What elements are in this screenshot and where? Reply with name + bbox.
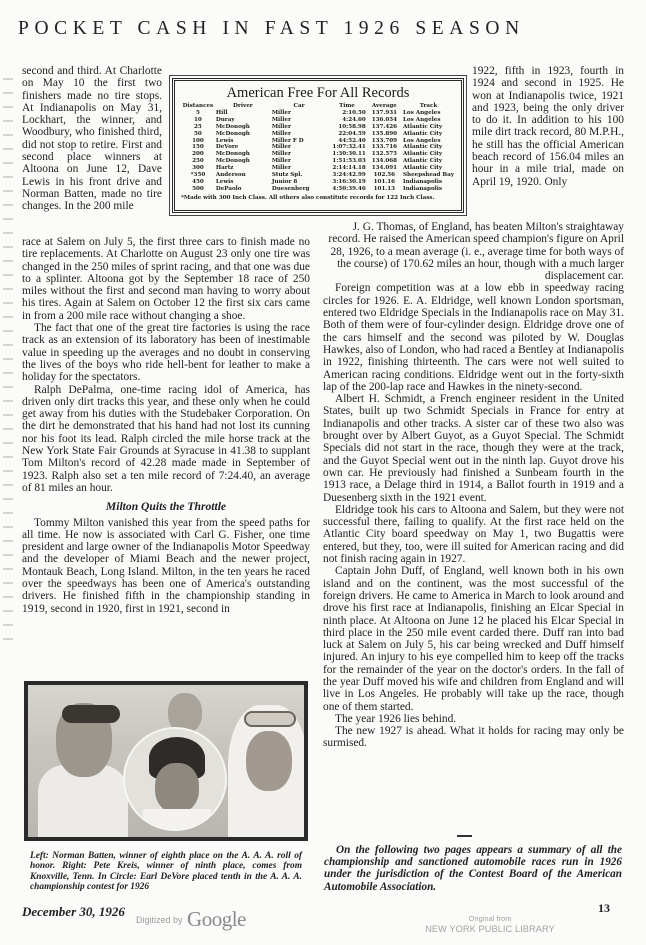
cell-car: Miller xyxy=(271,131,327,138)
cell-average: 132.575 xyxy=(367,151,402,158)
cell-car: Duesenberg xyxy=(271,186,327,193)
cell-driver: Hartz xyxy=(215,165,271,172)
cell-time: 1:07:32.41 xyxy=(327,144,367,151)
paragraph: race at Salem on July 5, the first three… xyxy=(22,236,310,322)
cell-time: 2:14:14.18 xyxy=(327,165,367,172)
header-average: Average xyxy=(367,103,402,110)
cell-distance: 250 xyxy=(181,158,215,165)
cell-track: Atlantic City xyxy=(402,165,455,172)
cell-car: Miller xyxy=(271,124,327,131)
paragraph: J. G. Thomas, of England, has beaten Mil… xyxy=(323,221,624,282)
cell-time: 3:16:30.19 xyxy=(327,179,367,186)
cell-car: Miller xyxy=(271,165,327,172)
cell-track: Indianapolis xyxy=(402,186,455,193)
table-row: 5HillMiller2:10.50137.931Los Angeles xyxy=(181,110,455,117)
google-logo-text: Google xyxy=(187,907,246,931)
page-number: 13 xyxy=(598,901,610,916)
goggles-icon xyxy=(62,705,120,723)
goggles-icon xyxy=(244,711,296,727)
cell-distance: 500 xyxy=(181,186,215,193)
table-row: 25McDonoghMiller10:58.98137.426Atlantic … xyxy=(181,124,455,131)
margin-bleed-marks xyxy=(3,72,13,652)
records-table-box: American Free For All Records Distances … xyxy=(172,78,464,213)
table-row: 200McDonoghMiller1:30:30.11132.575Atlant… xyxy=(181,151,455,158)
cell-time: 4:24.60 xyxy=(327,117,367,124)
paragraph: The fact that one of the great tire fact… xyxy=(22,322,310,383)
cell-time: 22:04.59 xyxy=(327,131,367,138)
cell-average: 135.890 xyxy=(367,131,402,138)
table-row: 100LewisMiller F D44:52.40133.709Los Ang… xyxy=(181,138,455,145)
cell-track: Atlantic City xyxy=(402,158,455,165)
cell-track: Atlantic City xyxy=(402,151,455,158)
note-text: On the following two pages appears a sum… xyxy=(324,844,622,893)
cell-time: 1:30:30.11 xyxy=(327,151,367,158)
section-subheading: Milton Quits the Throttle xyxy=(22,501,310,513)
cell-distance: 25 xyxy=(181,124,215,131)
original-source-watermark: Original from NEW YORK PUBLIC LIBRARY xyxy=(400,914,580,934)
cell-distance: 10 xyxy=(181,117,215,124)
cell-driver: Duray xyxy=(215,117,271,124)
cell-track: Los Angeles xyxy=(402,138,455,145)
cell-distance: 50 xyxy=(181,131,215,138)
header-car: Car xyxy=(271,103,327,110)
library-name: NEW YORK PUBLIC LIBRARY xyxy=(400,924,580,934)
drivers-photo xyxy=(24,681,308,841)
paragraph: The new 1927 is ahead. What it holds for… xyxy=(323,725,624,750)
right-driver-face xyxy=(246,731,292,791)
cell-average: 137.931 xyxy=(367,110,402,117)
cell-time: 4:50:39.46 xyxy=(327,186,367,193)
paragraph: Albert H. Schmidt, a French engineer res… xyxy=(323,393,624,504)
digitized-by-watermark: Digitized by Google xyxy=(136,907,246,932)
photo-caption: Left: Norman Batten, winner of eighth pl… xyxy=(30,851,302,893)
table-row: 300HartzMiller2:14:14.18134.091Atlantic … xyxy=(181,165,455,172)
cell-average: 102.56 xyxy=(367,172,402,179)
table-row: 250McDonoghMiller1:51:53.03134.068Atlant… xyxy=(181,158,455,165)
cell-track: Atlantic City xyxy=(402,144,455,151)
paragraph: 1922, fifth in 1923, fourth in 1924 and … xyxy=(472,65,624,188)
table-row: 50McDonoghMiller22:04.59135.890Atlantic … xyxy=(181,131,455,138)
cell-average: 133.716 xyxy=(367,144,402,151)
cell-average: 136.054 xyxy=(367,117,402,124)
cell-distance: 300 xyxy=(181,165,215,172)
cell-average: 101.16 xyxy=(367,179,402,186)
cell-track: Atlantic City xyxy=(402,124,455,131)
cell-car: Miller xyxy=(271,144,327,151)
header-track: Track xyxy=(402,103,455,110)
records-table-title: American Free For All Records xyxy=(181,85,455,102)
records-table-body: 5HillMiller2:10.50137.931Los Angeles 10D… xyxy=(181,110,455,193)
paragraph: Ralph DePalma, one-time racing idol of A… xyxy=(22,384,310,495)
table-row: 500DePaoloDuesenberg4:50:39.46101.13Indi… xyxy=(181,186,455,193)
cell-track: Los Angeles xyxy=(402,117,455,124)
digitized-label: Digitized by xyxy=(136,915,183,925)
cell-distance: 100 xyxy=(181,138,215,145)
records-table: Distances Driver Car Time Average Track … xyxy=(181,103,455,193)
records-footnote: *Made with 300 Inch Class. All others al… xyxy=(181,195,455,202)
cell-distance: 150 xyxy=(181,144,215,151)
cell-distance: 450 xyxy=(181,179,215,186)
issue-date: December 30, 1926 xyxy=(22,904,125,920)
paragraph: second and third. At Charlotte on May 10… xyxy=(22,65,162,213)
right-column-top: 1922, fifth in 1923, fourth in 1924 and … xyxy=(472,65,624,188)
cell-track: Atlantic City xyxy=(402,131,455,138)
inset-driver-face xyxy=(155,763,199,813)
cell-car: Miller xyxy=(271,151,327,158)
header-driver: Driver xyxy=(215,103,271,110)
right-column-main: J. G. Thomas, of England, has beaten Mil… xyxy=(323,221,624,750)
cell-track: Indianapolis xyxy=(402,179,455,186)
table-row: *350AndersonStutz Spl.3:24:42.99102.56Sh… xyxy=(181,172,455,179)
cell-time: 1:51:53.03 xyxy=(327,158,367,165)
table-row: 150DeVoreMiller1:07:32.41133.716Atlantic… xyxy=(181,144,455,151)
original-from-label: Original from xyxy=(400,914,580,924)
inset-driver-collar xyxy=(143,809,211,831)
cell-distance: *350 xyxy=(181,172,215,179)
photo-image xyxy=(28,685,304,837)
cell-average: 101.13 xyxy=(367,186,402,193)
cell-car: Stutz Spl. xyxy=(271,172,327,179)
cell-average: 134.091 xyxy=(367,165,402,172)
table-header-row: Distances Driver Car Time Average Track xyxy=(181,103,455,110)
inset-circle-portrait xyxy=(123,727,227,831)
cell-track: Sheepshead Bay xyxy=(402,172,455,179)
cell-driver: McDonogh xyxy=(215,158,271,165)
cell-time: 10:58.98 xyxy=(327,124,367,131)
table-row: 10DurayMiller4:24.60136.054Los Angeles xyxy=(181,117,455,124)
divider xyxy=(457,835,472,837)
cell-distance: 200 xyxy=(181,151,215,158)
header-time: Time xyxy=(327,103,367,110)
cell-driver: Lewis xyxy=(215,179,271,186)
cell-driver: Hill xyxy=(215,110,271,117)
cell-car: Miller xyxy=(271,158,327,165)
cell-time: 2:10.50 xyxy=(327,110,367,117)
cell-average: 134.068 xyxy=(367,158,402,165)
paragraph: Tommy Milton vanished this year from the… xyxy=(22,517,310,615)
cell-driver: McDonogh xyxy=(215,131,271,138)
cell-distance: 5 xyxy=(181,110,215,117)
paragraph: Eldridge took his cars to Altoona and Sa… xyxy=(323,504,624,565)
paragraph: Captain John Duff, of England, well know… xyxy=(323,565,624,713)
following-pages-note: On the following two pages appears a sum… xyxy=(324,844,622,893)
paragraph: Foreign competition was at a low ebb in … xyxy=(323,282,624,393)
left-column-top: second and third. At Charlotte on May 10… xyxy=(22,65,162,213)
paragraph: The year 1926 lies behind. xyxy=(323,713,624,725)
cell-average: 133.709 xyxy=(367,138,402,145)
table-row: 450LewisJunior 83:16:30.19101.16Indianap… xyxy=(181,179,455,186)
left-column-main: race at Salem on July 5, the first three… xyxy=(22,236,310,615)
cell-car: Junior 8 xyxy=(271,179,327,186)
cell-driver: DeVore xyxy=(215,144,271,151)
cell-car: Miller F D xyxy=(271,138,327,145)
cell-driver: Lewis xyxy=(215,138,271,145)
cell-driver: DePaolo xyxy=(215,186,271,193)
cell-driver: McDonogh xyxy=(215,124,271,131)
cell-driver: Anderson xyxy=(215,172,271,179)
cell-time: 3:24:42.99 xyxy=(327,172,367,179)
cell-average: 137.426 xyxy=(367,124,402,131)
page-headline: POCKET CASH IN FAST 1926 SEASON xyxy=(18,18,642,40)
cell-time: 44:52.40 xyxy=(327,138,367,145)
cell-car: Miller xyxy=(271,117,327,124)
cell-track: Los Angeles xyxy=(402,110,455,117)
header-distances: Distances xyxy=(181,103,215,110)
cell-driver: McDonogh xyxy=(215,151,271,158)
cell-car: Miller xyxy=(271,110,327,117)
